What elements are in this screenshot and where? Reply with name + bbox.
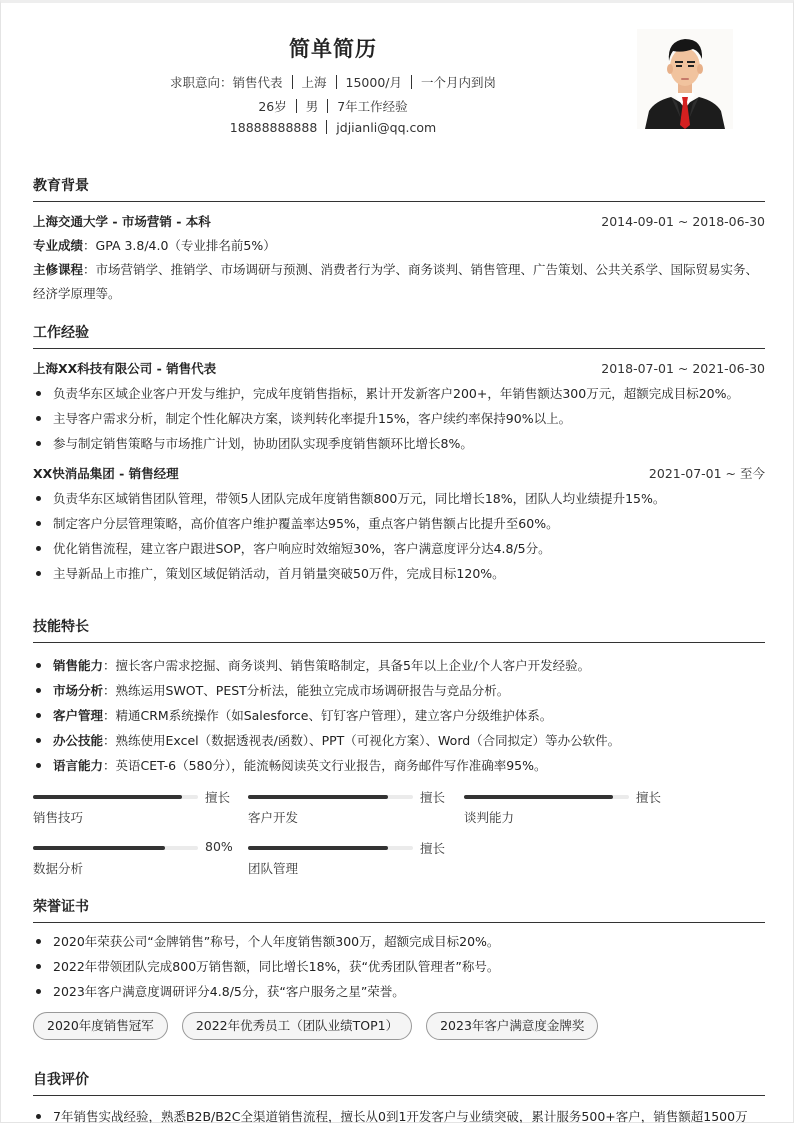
age: 26岁 [258,99,286,114]
job-company-title: XX快消品集团 - 销售经理 [33,464,179,484]
personal-info-line: 26岁男7年工作经验 [1,97,665,115]
gpa-line: 专业成绩：GPA 3.8/4.0（专业排名前5%） [33,234,765,258]
skill-bar-fill [464,795,613,799]
skill-bullets: 销售能力：擅长客户需求挖掘、商务谈判、销售策略制定，具备5年以上企业/个人客户开… [33,653,765,778]
separator [326,120,327,134]
avatar [637,29,733,129]
avatar-illustration-icon [637,29,733,129]
skill-text: ：熟练运用SWOT、PEST分析法，能独立完成市场调研报告与竞品分析。 [103,683,509,698]
location: 上海 [302,75,327,90]
resume-page: 简单简历 求职意向：销售代表上海15000/月一个月内到岗 26岁男7年工作经验… [0,0,794,1123]
list-item: 客户管理：精通CRM系统操作（如Salesforce、钉钉客户管理），建立客户分… [33,703,765,728]
section-divider [33,201,765,202]
list-item: 主导客户需求分析，制定个性化解决方案，谈判转化率提升15%，客户续约率保持90%… [33,406,765,431]
contact-line: 18888888888jdjianli@qq.com [1,120,665,135]
list-item: 办公技能：熟练使用Excel（数据透视表/函数）、PPT（可视化方案）、Word… [33,728,765,753]
separator [336,75,337,89]
list-item: 市场分析：熟练运用SWOT、PEST分析法，能独立完成市场调研报告与竞品分析。 [33,678,765,703]
self-eval-bullets: 7年销售实战经验，熟悉B2B/B2C全渠道销售流程，擅长从0到1开发客户与业绩突… [33,1104,765,1123]
education-entry-header: 上海交通大学 - 市场营销 - 本科 2014-09-01 ~ 2018-06-… [33,212,765,232]
job-entry-header: 上海XX科技有限公司 - 销售代表 2018-07-01 ~ 2021-06-3… [33,359,765,379]
section-divider [33,1095,765,1096]
skill-bar-label: 团队管理 [248,859,298,877]
honor-badges: 2020年度销售冠军 2022年优秀员工（团队业绩TOP1） 2023年客户满意… [33,1012,765,1040]
skill-level: 80% [205,839,233,854]
courses-value: ：市场营销学、推销学、市场调研与预测、消费者行为学、商务谈判、销售管理、广告策划… [33,262,758,301]
resume-title: 简单简历 [1,33,665,63]
skill-bar-track [464,795,629,799]
honor-badge: 2023年客户满意度金牌奖 [426,1012,598,1040]
skill-text: ：英语CET-6（580分），能流畅阅读英文行业报告，商务邮件写作准确率95%。 [103,758,546,773]
skill-level: 擅长 [420,839,445,857]
skill-bar-fill [248,846,388,850]
skills-section: 技能特长 销售能力：擅长客户需求挖掘、商务谈判、销售策略制定，具备5年以上企业/… [33,616,765,778]
honor-badge: 2022年优秀员工（团队业绩TOP1） [182,1012,412,1040]
skill-bar-team-mgmt: 擅长 团队管理 [248,840,453,880]
availability: 一个月内到岗 [421,75,496,90]
skill-bar-track [33,795,198,799]
section-title: 技能特长 [33,616,765,638]
list-item: 优化销售流程，建立客户跟进SOP，客户响应时效缩短30%，客户满意度评分达4.8… [33,536,765,561]
job-date: 2021-07-01 ~ 至今 [649,464,765,484]
salary: 15000/月 [346,75,402,90]
honors-section: 荣誉证书 2020年荣获公司“金牌销售”称号，个人年度销售额300万，超额完成目… [33,896,765,1040]
skill-level: 擅长 [636,788,661,806]
section-title: 教育背景 [33,175,765,197]
education-section: 教育背景 上海交通大学 - 市场营销 - 本科 2014-09-01 ~ 201… [33,175,765,306]
skill-bar-label: 数据分析 [33,859,83,877]
separator [411,75,412,89]
section-title: 自我评价 [33,1069,765,1091]
skill-bar-fill [33,846,165,850]
self-eval-section: 自我评价 7年销售实战经验，熟悉B2B/B2C全渠道销售流程，擅长从0到1开发客… [33,1069,765,1123]
school-name: 上海交通大学 - 市场营销 - 本科 [33,212,211,232]
skill-label: 语言能力 [53,758,103,773]
separator [327,99,328,113]
job-bullets: 负责华东区域企业客户开发与维护，完成年度销售指标，累计开发新客户200+，年销售… [33,381,765,456]
list-item: 负责华东区域企业客户开发与维护，完成年度销售指标，累计开发新客户200+，年销售… [33,381,765,406]
section-title: 工作经验 [33,322,765,344]
honor-badge: 2020年度销售冠军 [33,1012,168,1040]
section-title: 荣誉证书 [33,896,765,918]
skill-text: ：精通CRM系统操作（如Salesforce、钉钉客户管理），建立客户分级维护体… [103,708,552,723]
education-date: 2014-09-01 ~ 2018-06-30 [601,212,765,232]
list-item: 2020年荣获公司“金牌销售”称号，个人年度销售额300万，超额完成目标20%。 [33,929,765,954]
gender: 男 [306,99,319,114]
experience-years: 7年工作经验 [337,99,407,114]
separator [296,99,297,113]
list-item: 2023年客户满意度调研评分4.8/5分，获“客户服务之星”荣誉。 [33,979,765,1004]
skill-bar-label: 谈判能力 [464,808,514,826]
honor-bullets: 2020年荣获公司“金牌销售”称号，个人年度销售额300万，超额完成目标20%。… [33,929,765,1004]
courses-line: 主修课程：市场营销学、推销学、市场调研与预测、消费者行为学、商务谈判、销售管理、… [33,258,765,306]
skill-text: ：熟练使用Excel（数据透视表/函数）、PPT（可视化方案）、Word（合同拟… [103,733,620,748]
list-item: 主导新品上市推广，策划区域促销活动，首月销量突破50万件，完成目标120%。 [33,561,765,586]
job-entry-header: XX快消品集团 - 销售经理 2021-07-01 ~ 至今 [33,464,765,484]
section-divider [33,922,765,923]
list-item: 销售能力：擅长客户需求挖掘、商务谈判、销售策略制定，具备5年以上企业/个人客户开… [33,653,765,678]
list-item: 负责华东区域销售团队管理，带领5人团队完成年度销售额800万元，同比增长18%，… [33,486,765,511]
list-item: 2022年带领团队完成800万销售额，同比增长18%，获“优秀团队管理者”称号。 [33,954,765,979]
skill-bar-label: 客户开发 [248,808,298,826]
job-company-title: 上海XX科技有限公司 - 销售代表 [33,359,216,379]
skill-label: 办公技能 [53,733,103,748]
list-item: 制定客户分层管理策略，高价值客户维护覆盖率达95%，重点客户销售额占比提升至60… [33,511,765,536]
job-date: 2018-07-01 ~ 2021-06-30 [601,359,765,379]
skill-bar-track [248,795,413,799]
section-divider [33,348,765,349]
work-section: 工作经验 上海XX科技有限公司 - 销售代表 2018-07-01 ~ 2021… [33,322,765,586]
list-item: 语言能力：英语CET-6（580分），能流畅阅读英文行业报告，商务邮件写作准确率… [33,753,765,778]
gpa-label: 专业成绩 [33,238,83,253]
skill-bar-label: 销售技巧 [33,808,83,826]
skill-bar-fill [33,795,182,799]
resume-header: 简单简历 求职意向：销售代表上海15000/月一个月内到岗 26岁男7年工作经验… [1,3,794,163]
skill-bar-track [248,846,413,850]
separator [292,75,293,89]
section-divider [33,642,765,643]
gpa-value: ：GPA 3.8/4.0（专业排名前5%） [83,238,276,253]
job-intent-line: 求职意向：销售代表上海15000/月一个月内到岗 [1,73,665,91]
skill-label: 销售能力 [53,658,103,673]
skill-label: 市场分析 [53,683,103,698]
skill-bar-sales: 擅长 销售技巧 [33,789,238,829]
job-intent: 求职意向：销售代表 [170,75,283,90]
skill-bar-fill [248,795,388,799]
skill-bar-track [33,846,198,850]
skill-label: 客户管理 [53,708,103,723]
list-item: 参与制定销售策略与市场推广计划，协助团队实现季度销售额环比增长8%。 [33,431,765,456]
skill-bars: 擅长 销售技巧 擅长 客户开发 擅长 谈判能力 80% 数据分析 擅长 团队管理 [33,789,765,879]
skill-bar-data-analysis: 80% 数据分析 [33,840,238,880]
job-bullets: 负责华东区域销售团队管理，带领5人团队完成年度销售额800万元，同比增长18%，… [33,486,765,586]
skill-bar-client-dev: 擅长 客户开发 [248,789,453,829]
list-item: 7年销售实战经验，熟悉B2B/B2C全渠道销售流程，擅长从0到1开发客户与业绩突… [33,1104,765,1123]
skill-level: 擅长 [205,788,230,806]
phone: 18888888888 [230,120,317,135]
courses-label: 主修课程 [33,262,83,277]
skill-level: 擅长 [420,788,445,806]
skill-bar-negotiation: 擅长 谈判能力 [464,789,669,829]
email: jdjianli@qq.com [336,120,436,135]
skill-text: ：擅长客户需求挖掘、商务谈判、销售策略制定，具备5年以上企业/个人客户开发经验。 [103,658,590,673]
